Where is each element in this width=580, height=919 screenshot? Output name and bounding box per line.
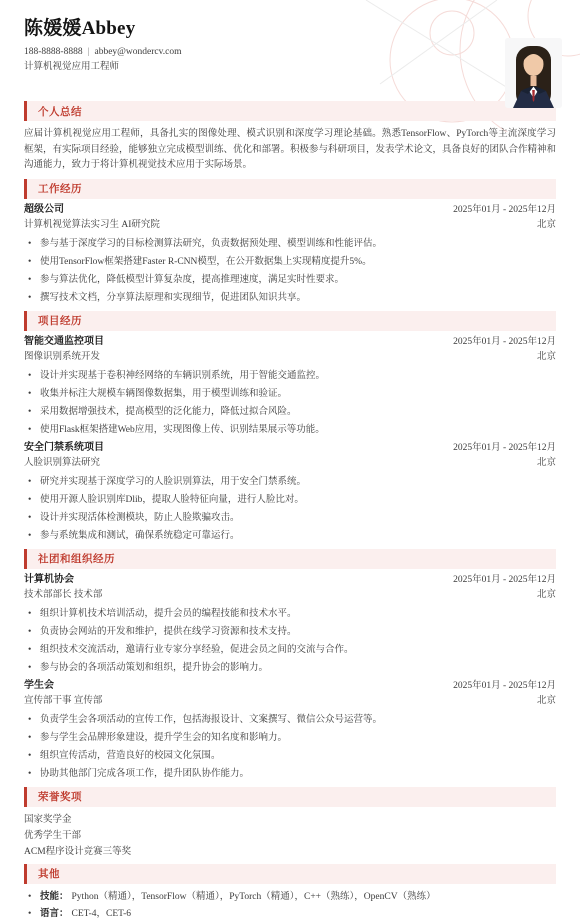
section-header-projects: 项目经历 xyxy=(24,311,556,331)
project-entry: 安全门禁系统项目 2025年01月 - 2025年12月 人脸识别算法研究 北京… xyxy=(24,441,556,545)
section-accent-bar xyxy=(24,101,27,121)
entry-dates: 2025年01月 - 2025年12月 xyxy=(453,336,556,349)
section-header-organizations: 社团和组织经历 xyxy=(24,549,556,569)
language-text: CET-4，CET-6 xyxy=(72,909,131,919)
contact-line: 188-8888-8888|abbey@wondercv.com xyxy=(24,46,556,59)
bullet-item: 参与协会的各项活动策划和组织，提升协会的影响力。 xyxy=(24,659,556,677)
language-label: 语言： xyxy=(40,909,69,919)
candidate-name: 陈媛媛Abbey xyxy=(24,16,556,41)
bullet-item: 组织计算机技术培训活动，提升会员的编程技能和技术水平。 xyxy=(24,605,556,623)
entry-role: 人脸识别算法研究 xyxy=(24,457,100,470)
entry-bullets: 研究并实现基于深度学习的人脸识别算法，用于安全门禁系统。 使用开源人脸识别库Dl… xyxy=(24,473,556,545)
section-title: 荣誉奖项 xyxy=(38,789,82,804)
award-item: 国家奖学金 xyxy=(24,812,556,828)
entry-dates: 2025年01月 - 2025年12月 xyxy=(453,680,556,693)
entry-bullets: 设计并实现基于卷积神经网络的车辆识别系统，用于智能交通监控。 收集并标注大规模车… xyxy=(24,367,556,439)
email-address: abbey@wondercv.com xyxy=(94,47,181,57)
bullet-item: 使用TensorFlow框架搭建Faster R-CNN模型，在公开数据集上实现… xyxy=(24,253,556,271)
section-accent-bar xyxy=(24,787,27,807)
section-header-work: 工作经历 xyxy=(24,179,556,199)
entry-project-name: 智能交通监控项目 xyxy=(24,335,104,348)
bullet-item: 设计并实现基于卷积神经网络的车辆识别系统，用于智能交通监控。 xyxy=(24,367,556,385)
section-title: 社团和组织经历 xyxy=(38,551,115,566)
bullet-item: 使用Flask框架搭建Web应用，实现图像上传、识别结果展示等功能。 xyxy=(24,421,556,439)
section-title: 工作经历 xyxy=(38,181,82,196)
entry-bullets: 负责学生会各项活动的宣传工作，包括海报设计、文案撰写、微信公众号运营等。 参与学… xyxy=(24,711,556,783)
organization-entry: 计算机协会 2025年01月 - 2025年12月 技术部部长 技术部 北京 组… xyxy=(24,573,556,677)
language-item: 语言：CET-4，CET-6 xyxy=(24,906,556,919)
entry-role: 技术部部长 技术部 xyxy=(24,589,102,602)
award-item: 优秀学生干部 xyxy=(24,828,556,844)
bullet-item: 协助其他部门完成各项工作，提升团队协作能力。 xyxy=(24,765,556,783)
entry-role: 图像识别系统开发 xyxy=(24,351,100,364)
bullet-item: 负责学生会各项活动的宣传工作，包括海报设计、文案撰写、微信公众号运营等。 xyxy=(24,711,556,729)
phone-number: 188-8888-8888 xyxy=(24,47,83,57)
section-header-other: 其他 xyxy=(24,864,556,884)
profile-photo xyxy=(505,38,562,108)
entry-location: 北京 xyxy=(537,695,556,708)
contact-separator: | xyxy=(88,47,90,57)
section-header-summary: 个人总结 xyxy=(24,101,556,121)
entry-dates: 2025年01月 - 2025年12月 xyxy=(453,574,556,587)
entry-bullets: 组织计算机技术培训活动，提升会员的编程技能和技术水平。 负责协会网站的开发和维护… xyxy=(24,605,556,677)
skill-label: 技能： xyxy=(40,892,69,902)
project-entry: 智能交通监控项目 2025年01月 - 2025年12月 图像识别系统开发 北京… xyxy=(24,335,556,439)
bullet-item: 使用开源人脸识别库Dlib，提取人脸特征向量，进行人脸比对。 xyxy=(24,491,556,509)
entry-location: 北京 xyxy=(537,351,556,364)
entry-location: 北京 xyxy=(537,457,556,470)
skill-item: 技能：Python（精通），TensorFlow（精通），PyTorch（精通）… xyxy=(24,889,556,906)
bullet-item: 收集并标注大规模车辆图像数据集，用于模型训练和验证。 xyxy=(24,385,556,403)
other-list: 技能：Python（精通），TensorFlow（精通），PyTorch（精通）… xyxy=(24,889,556,919)
summary-text: 应届计算机视觉应用工程师，具备扎实的图像处理、模式识别和深度学习理论基础。熟悉T… xyxy=(24,127,556,174)
section-accent-bar xyxy=(24,864,27,884)
portrait-illustration xyxy=(505,38,562,108)
award-item: ACM程序设计竞赛三等奖 xyxy=(24,844,556,860)
bullet-item: 研究并实现基于深度学习的人脸识别算法，用于安全门禁系统。 xyxy=(24,473,556,491)
organization-entry: 学生会 2025年01月 - 2025年12月 宣传部干事 宣传部 北京 负责学… xyxy=(24,679,556,783)
bullet-item: 设计并实现活体检测模块，防止人脸欺骗攻击。 xyxy=(24,509,556,527)
section-accent-bar xyxy=(24,311,27,331)
entry-bullets: 参与基于深度学习的目标检测算法研究，负责数据预处理、模型训练和性能评估。 使用T… xyxy=(24,235,556,307)
entry-location: 北京 xyxy=(537,219,556,232)
entry-company: 超级公司 xyxy=(24,203,64,216)
section-title: 项目经历 xyxy=(38,313,82,328)
entry-organization: 计算机协会 xyxy=(24,573,74,586)
entry-dates: 2025年01月 - 2025年12月 xyxy=(453,442,556,455)
section-accent-bar xyxy=(24,549,27,569)
work-entry: 超级公司 2025年01月 - 2025年12月 计算机视觉算法实习生 AI研究… xyxy=(24,203,556,307)
bullet-item: 组织技术交流活动，邀请行业专家分享经验，促进会员之间的交流与合作。 xyxy=(24,641,556,659)
award-list: 国家奖学金 优秀学生干部 ACM程序设计竞赛三等奖 xyxy=(24,812,556,860)
bullet-item: 参与基于深度学习的目标检测算法研究，负责数据预处理、模型训练和性能评估。 xyxy=(24,235,556,253)
entry-dates: 2025年01月 - 2025年12月 xyxy=(453,204,556,217)
job-title: 计算机视觉应用工程师 xyxy=(24,61,556,74)
bullet-item: 撰写技术文档，分享算法原理和实现细节，促进团队知识共享。 xyxy=(24,289,556,307)
entry-location: 北京 xyxy=(537,589,556,602)
entry-organization: 学生会 xyxy=(24,679,54,692)
bullet-item: 参与系统集成和测试，确保系统稳定可靠运行。 xyxy=(24,527,556,545)
bullet-item: 参与学生会品牌形象建设，提升学生会的知名度和影响力。 xyxy=(24,729,556,747)
section-header-awards: 荣誉奖项 xyxy=(24,787,556,807)
section-accent-bar xyxy=(24,179,27,199)
bullet-item: 组织宣传活动，营造良好的校园文化氛围。 xyxy=(24,747,556,765)
section-title: 个人总结 xyxy=(38,104,82,119)
resume-header: 陈媛媛Abbey 188-8888-8888|abbey@wondercv.co… xyxy=(24,16,556,74)
entry-role: 宣传部干事 宣传部 xyxy=(24,695,102,708)
bullet-item: 参与算法优化，降低模型计算复杂度，提高推理速度，满足实时性要求。 xyxy=(24,271,556,289)
resume-page: 陈媛媛Abbey 188-8888-8888|abbey@wondercv.co… xyxy=(0,0,580,919)
bullet-item: 负责协会网站的开发和维护，提供在线学习资源和技术支持。 xyxy=(24,623,556,641)
entry-project-name: 安全门禁系统项目 xyxy=(24,441,104,454)
skill-text: Python（精通），TensorFlow（精通），PyTorch（精通），C+… xyxy=(72,892,436,902)
section-title: 其他 xyxy=(38,866,60,881)
bullet-item: 采用数据增强技术，提高模型的泛化能力，降低过拟合风险。 xyxy=(24,403,556,421)
entry-role: 计算机视觉算法实习生 AI研究院 xyxy=(24,219,160,232)
